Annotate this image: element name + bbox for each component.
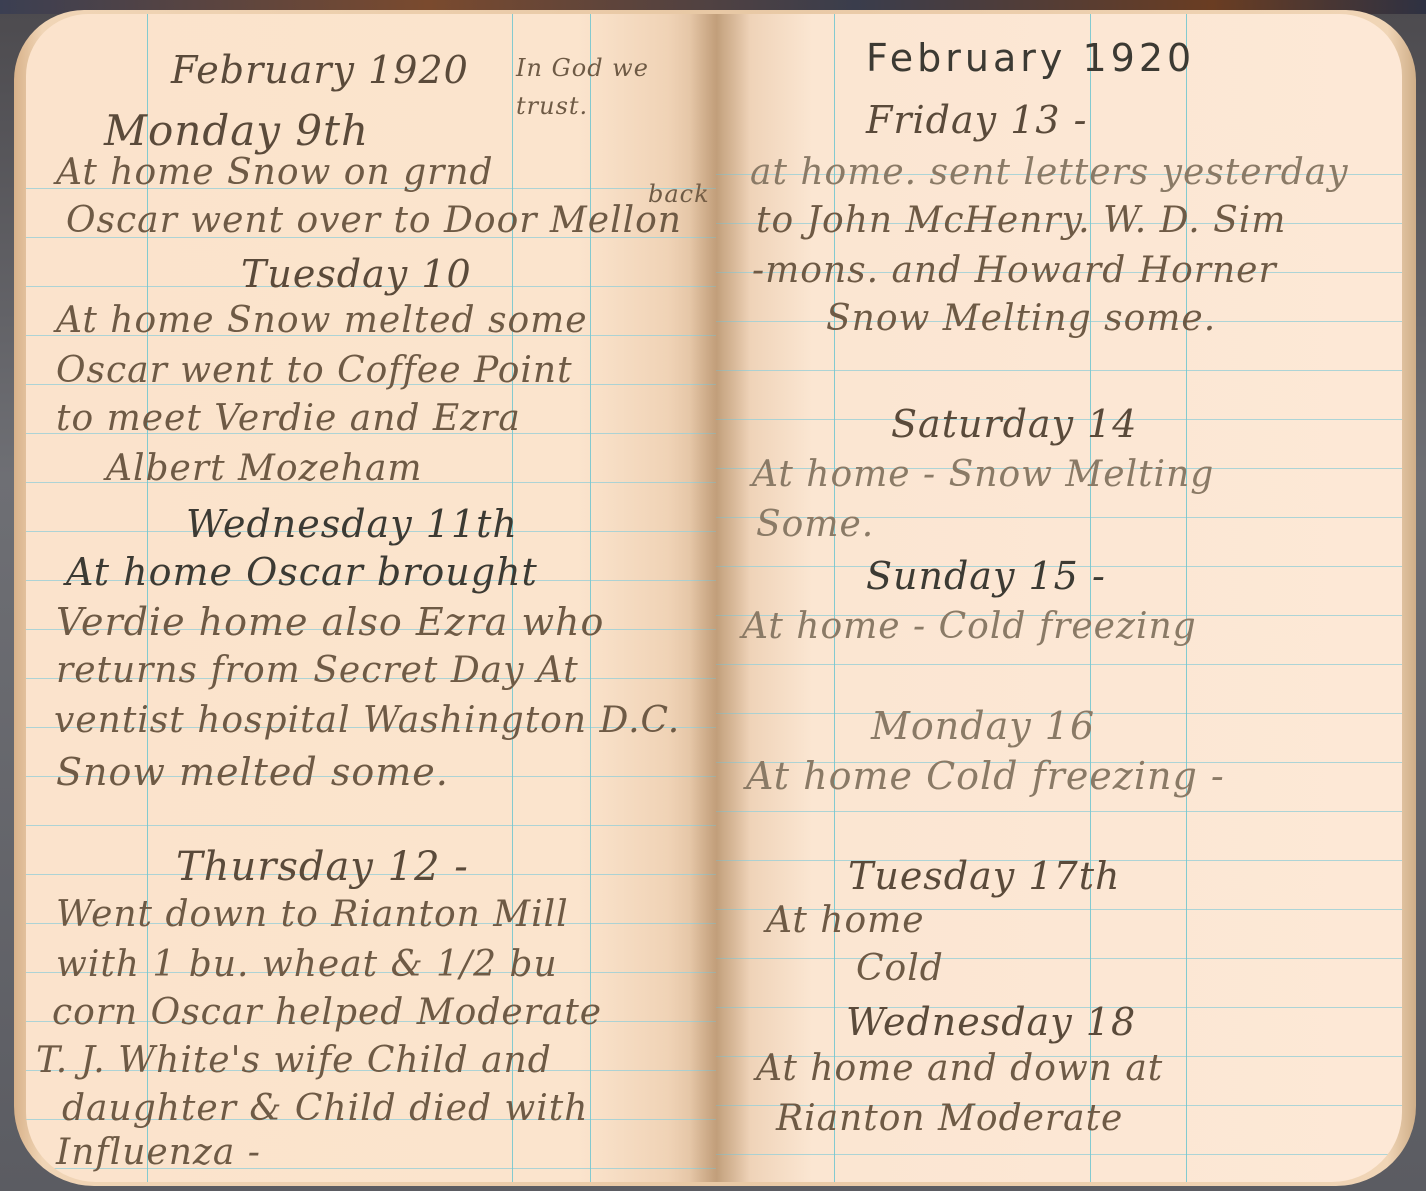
entry-line: daughter & Child died with — [62, 1088, 588, 1129]
entry-line: Albert Mozeham — [106, 448, 423, 489]
day-heading: Friday 13 - — [866, 98, 1087, 142]
entry-line: At home - Cold freezing — [742, 606, 1197, 647]
marginal-note-line: trust. — [516, 92, 588, 120]
entry-line: Snow Melting some. — [826, 298, 1216, 339]
entry-line: At home Snow melted some — [56, 300, 588, 341]
page-header: February 1920 — [171, 48, 469, 92]
entry-line: At home - Snow Melting — [752, 454, 1214, 495]
rule-line — [716, 1154, 1402, 1155]
rule-line — [26, 825, 716, 826]
day-heading: Sunday 15 - — [866, 554, 1106, 598]
page-header: February 1920 — [866, 36, 1195, 80]
rule-line — [716, 958, 1402, 959]
entry-line: At home Snow on grnd — [56, 152, 494, 193]
entry-line: to John McHenry. W. D. Sim — [756, 200, 1286, 241]
entry-line: At home Oscar brought — [66, 550, 538, 594]
entry-line: Oscar went over to Door Mellon — [66, 200, 682, 241]
right-page: February 1920 Friday 13 - at home. sent … — [716, 14, 1402, 1182]
rule-line — [716, 370, 1402, 371]
entry-line: At home and down at — [756, 1048, 1163, 1089]
entry-line: with 1 bu. wheat & 1/2 bu — [56, 944, 558, 985]
insert-note: back — [648, 180, 710, 208]
day-heading: Tuesday 10 — [241, 252, 472, 296]
entry-line: Influenza - — [56, 1132, 261, 1173]
entry-line: T. J. White's wife Child and — [36, 1040, 552, 1081]
day-heading: Tuesday 17th — [848, 854, 1120, 898]
entry-line: -mons. and Howard Horner — [752, 250, 1277, 291]
entry-line: Snow melted some. — [56, 750, 449, 794]
entry-line: Went down to Rianton Mill — [56, 894, 569, 935]
day-heading: Wednesday 11th — [186, 502, 518, 546]
day-heading: Thursday 12 - — [176, 844, 469, 890]
day-heading: Wednesday 18 — [846, 1000, 1136, 1044]
day-heading: Monday 16 — [871, 704, 1095, 748]
entry-line: ventist hospital Washington D.C. — [54, 700, 680, 741]
entry-line: At home Cold freezing - — [746, 754, 1225, 798]
entry-line: Rianton Moderate — [776, 1098, 1123, 1139]
entry-line: Verdie home also Ezra who — [56, 600, 604, 644]
entry-line: returns from Secret Day At — [56, 650, 579, 691]
entry-line: At home — [766, 900, 925, 941]
entry-line: Some. — [756, 504, 874, 545]
entry-line: corn Oscar helped Moderate — [52, 992, 602, 1033]
rule-line — [716, 811, 1402, 812]
diary-background: February 1920 In God we trust. Monday 9t… — [0, 0, 1426, 1191]
entry-line: Cold — [856, 948, 944, 989]
day-heading: Monday 9th — [104, 106, 369, 155]
entry-line: at home. sent letters yesterday — [750, 152, 1349, 193]
entry-line: to meet Verdie and Ezra — [56, 398, 521, 439]
entry-line: Oscar went to Coffee Point — [56, 350, 573, 391]
rule-line — [716, 664, 1402, 665]
marginal-note-line: In God we — [516, 54, 649, 82]
left-page: February 1920 In God we trust. Monday 9t… — [26, 14, 716, 1182]
day-heading: Saturday 14 — [891, 402, 1137, 446]
